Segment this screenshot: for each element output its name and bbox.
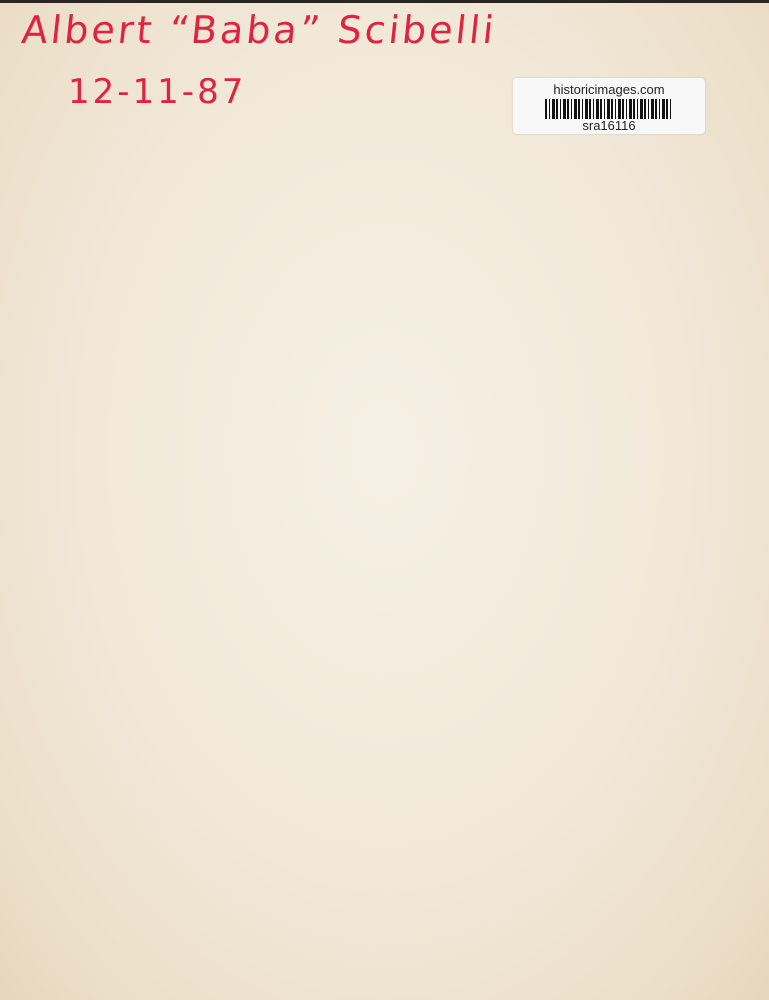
barcode-icon — [545, 99, 673, 119]
handwritten-date: 12-11-87 — [68, 72, 246, 112]
sticker-site: historicimages.com — [513, 82, 705, 98]
handwritten-name: Albert “Baba” Scibelli — [20, 8, 499, 52]
barcode-sticker: historicimages.com sra16116 — [513, 78, 705, 134]
sticker-code: sra16116 — [513, 119, 705, 133]
photo-top-edge — [0, 0, 769, 3]
